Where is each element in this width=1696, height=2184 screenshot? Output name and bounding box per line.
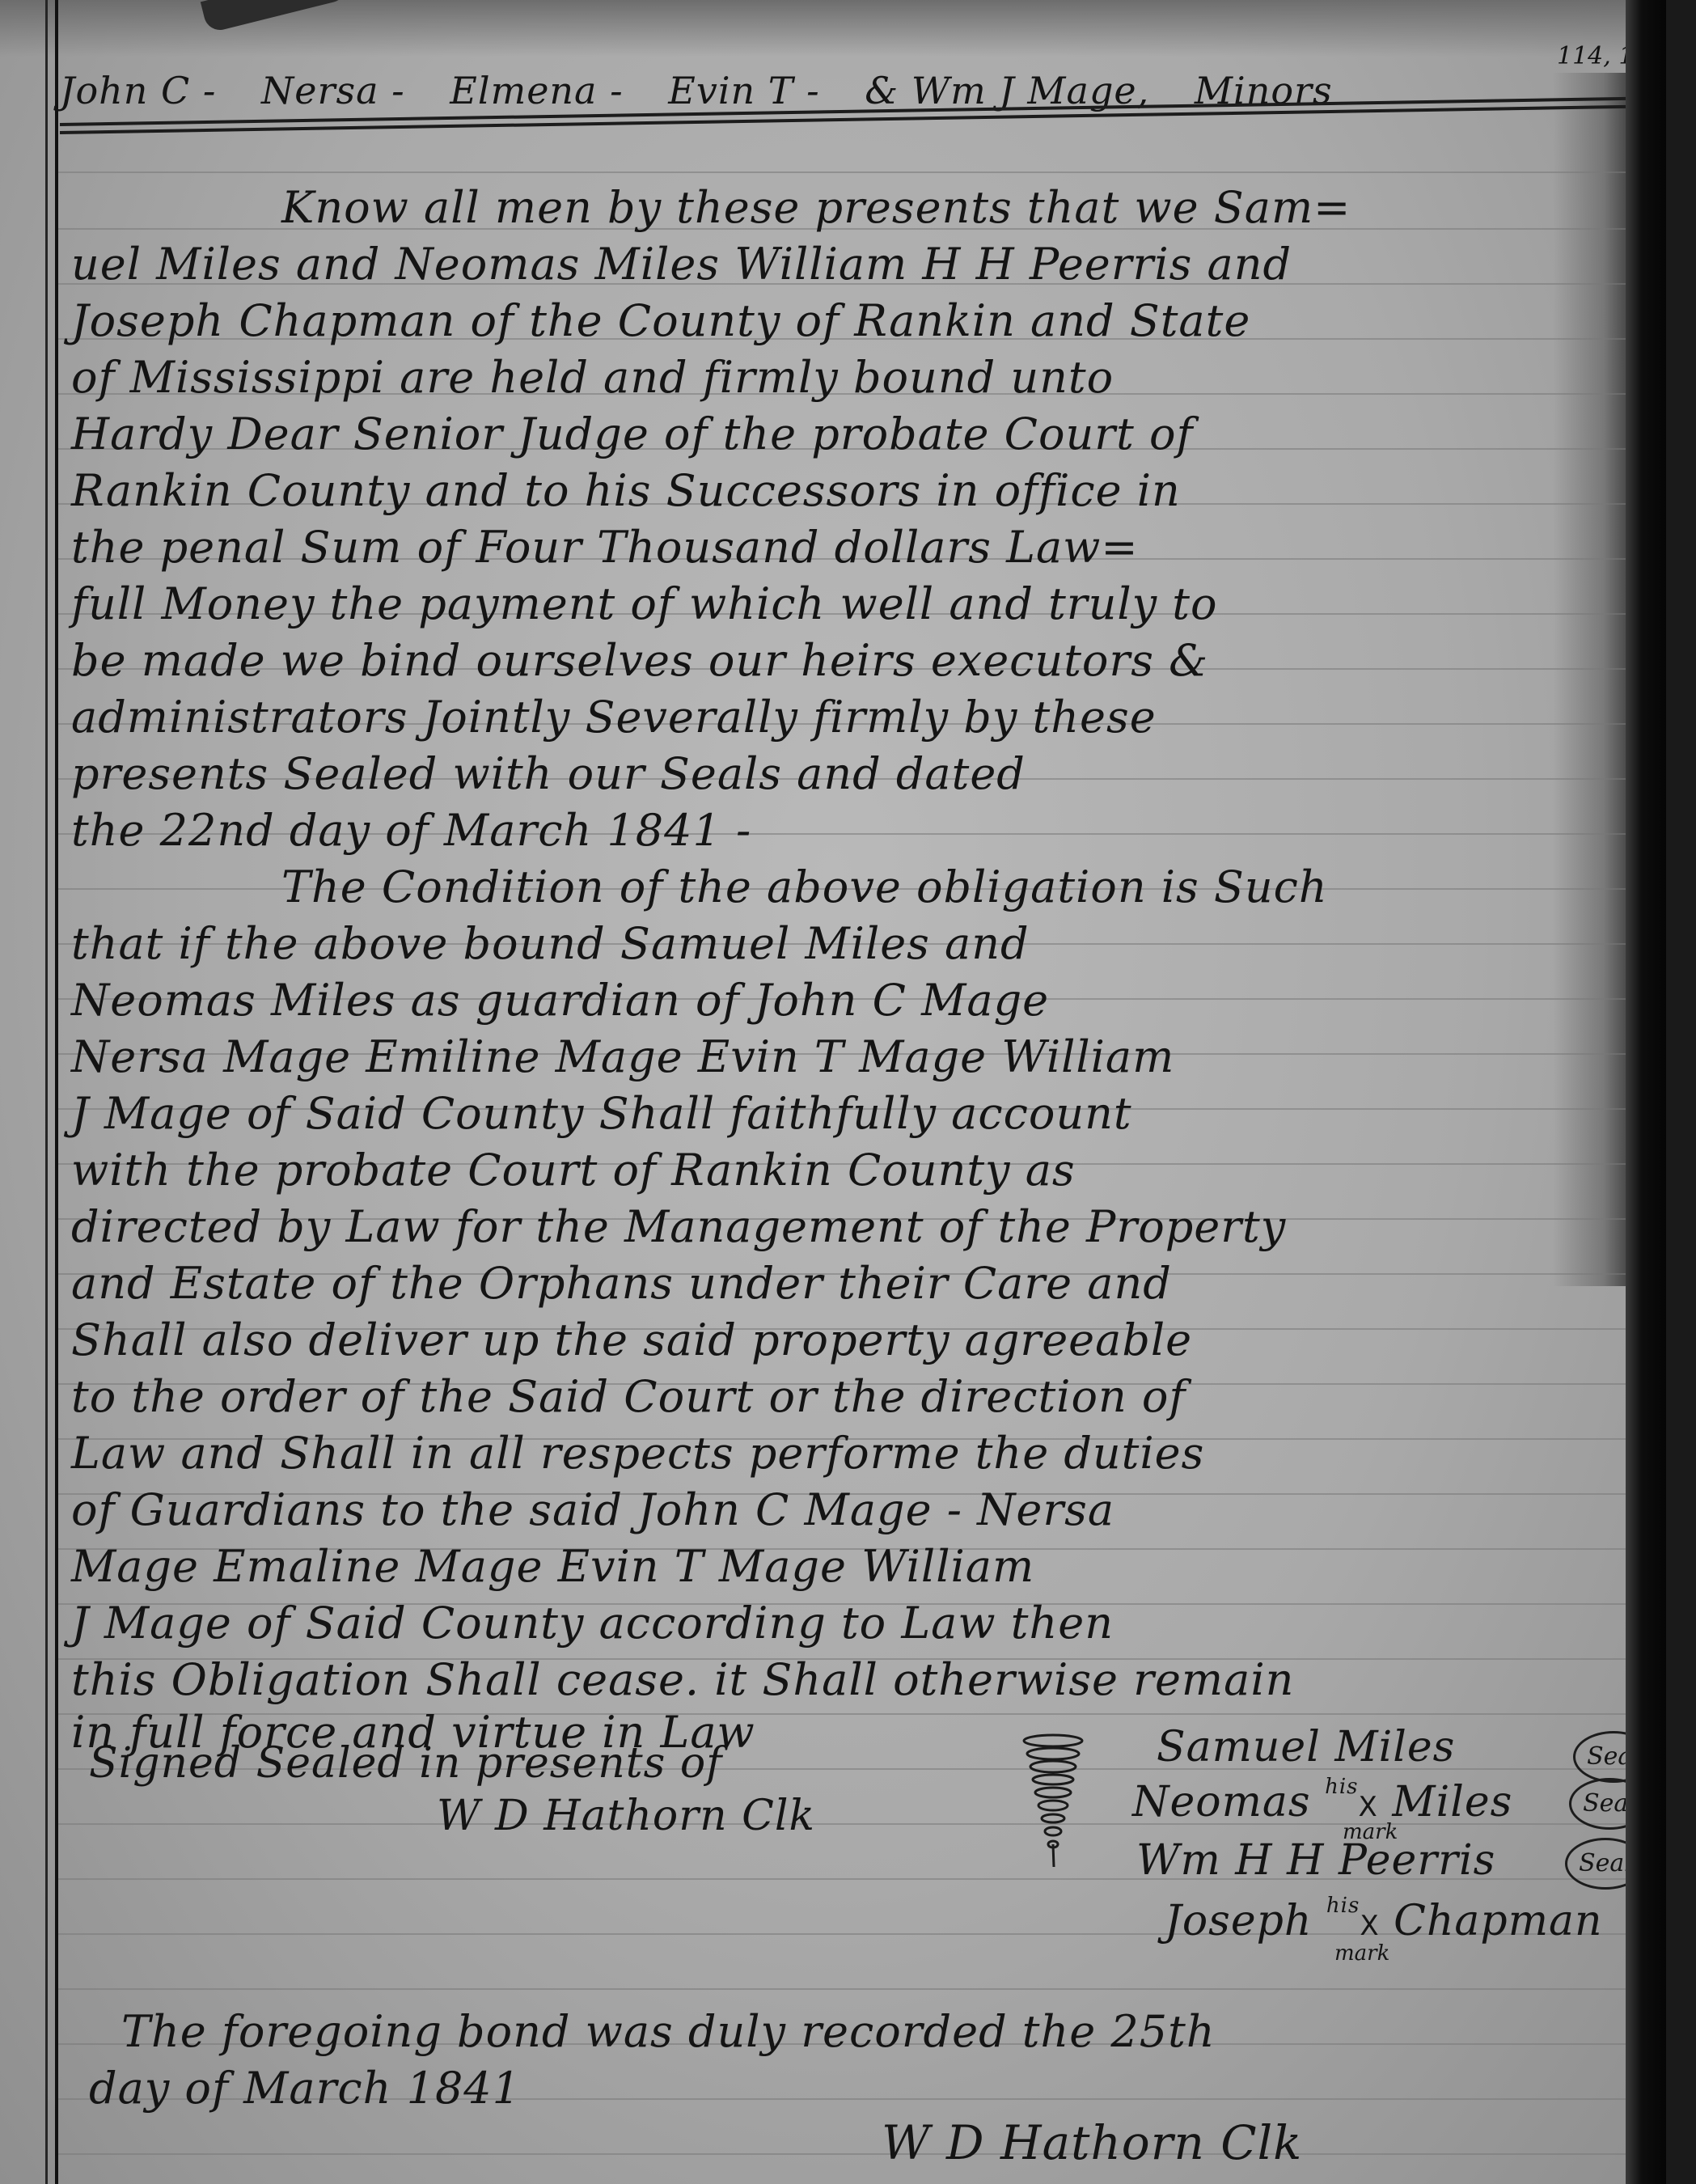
body-line: uel Miles and Neomas Miles William H H P… xyxy=(71,239,1608,290)
body-line: and Estate of the Orphans under their Ca… xyxy=(71,1258,1608,1309)
mark-x: X xyxy=(1359,1791,1378,1823)
body-line: Nersa Mage Emiline Mage Evin T Mage Will… xyxy=(71,1031,1608,1082)
signature-samuel-miles: Samuel Miles xyxy=(1157,1723,1455,1771)
header-name: Evin T - xyxy=(668,69,819,112)
body-line: The Condition of the above obligation is… xyxy=(71,861,1696,912)
body-line: presents Sealed with our Seals and dated xyxy=(71,748,1608,799)
body-line: Rankin County and to his Successors in o… xyxy=(71,465,1608,516)
body-line: J Mage of Said County according to Law t… xyxy=(71,1598,1608,1649)
clerk-signature: W D Hathorn Clk xyxy=(882,2115,1302,2170)
ledger-page: John C - Nersa - Elmena - Evin T - & Wm … xyxy=(0,0,1666,2184)
body-line: Shall also deliver up the said property … xyxy=(71,1314,1608,1365)
header-name: Nersa - xyxy=(261,69,405,112)
body-line: that if the above bound Samuel Miles and xyxy=(71,918,1608,969)
signatory-last-name: Chapman xyxy=(1394,1897,1602,1945)
record-header: John C - Nersa - Elmena - Evin T - & Wm … xyxy=(60,69,1580,112)
body-line: the 22nd day of March 1841 - xyxy=(71,805,1608,856)
attestation-label: Signed Sealed in presents of xyxy=(89,1739,722,1788)
signatory-first-name: Joseph xyxy=(1165,1897,1312,1945)
body-line: Joseph Chapman of the County of Rankin a… xyxy=(71,295,1608,346)
body-line: Law and Shall in all respects performe t… xyxy=(71,1428,1608,1479)
signature-neomas-miles: Neomas hisX Miles xyxy=(1132,1778,1512,1826)
mark-his: his xyxy=(1325,1775,1358,1799)
body-line: Hardy Dear Senior Judge of the probate C… xyxy=(71,408,1608,459)
body-line: with the probate Court of Rankin County … xyxy=(71,1145,1608,1196)
mark-label: mark xyxy=(1334,1941,1389,1966)
book-binding xyxy=(1626,0,1666,2184)
recording-note-line: The foregoing bond was duly recorded the… xyxy=(121,2006,1658,2057)
mark-his: his xyxy=(1326,1894,1360,1918)
body-line: the penal Sum of Four Thousand dollars L… xyxy=(71,522,1608,573)
body-line: of Guardians to the said John C Mage - N… xyxy=(71,1484,1608,1535)
header-name: Elmena - xyxy=(450,69,623,112)
ruled-line xyxy=(58,171,1664,173)
body-line: Neomas Miles as guardian of John C Mage xyxy=(71,975,1608,1026)
body-line: Mage Emaline Mage Evin T Mage William xyxy=(71,1541,1608,1592)
signatory-last-name: Miles xyxy=(1392,1778,1512,1826)
body-line: to the order of the Said Court or the di… xyxy=(71,1371,1608,1422)
body-line: Know all men by these presents that we S… xyxy=(71,182,1696,233)
body-line: full Money the payment of which well and… xyxy=(71,578,1608,629)
body-line: of Mississippi are held and firmly bound… xyxy=(71,352,1608,403)
body-line: be made we bind ourselves our heirs exec… xyxy=(71,635,1608,686)
seal-scribble-icon xyxy=(1021,1731,1085,1869)
mark-x: X xyxy=(1360,1910,1379,1942)
margin-rule xyxy=(55,0,58,2184)
signature-wm-peerris: Wm H H Peerris xyxy=(1136,1836,1495,1885)
header-name: John C - xyxy=(60,69,216,112)
recording-note-line: day of March 1841 xyxy=(89,2063,1626,2114)
body-line: J Mage of Said County Shall faithfully a… xyxy=(71,1088,1608,1139)
witness-signature: W D Hathorn Clk xyxy=(437,1792,815,1840)
signatory-first-name: Neomas xyxy=(1132,1778,1311,1826)
body-line: directed by Law for the Management of th… xyxy=(71,1201,1608,1252)
body-line: administrators Jointly Severally firmly … xyxy=(71,692,1608,743)
body-line: this Obligation Shall cease. it Shall ot… xyxy=(71,1654,1608,1705)
ruled-line xyxy=(58,2153,1664,2155)
ruled-line xyxy=(58,1988,1664,1990)
margin-rule xyxy=(45,0,48,2184)
signature-joseph-chapman: Joseph hisX Chapman xyxy=(1165,1897,1603,1945)
